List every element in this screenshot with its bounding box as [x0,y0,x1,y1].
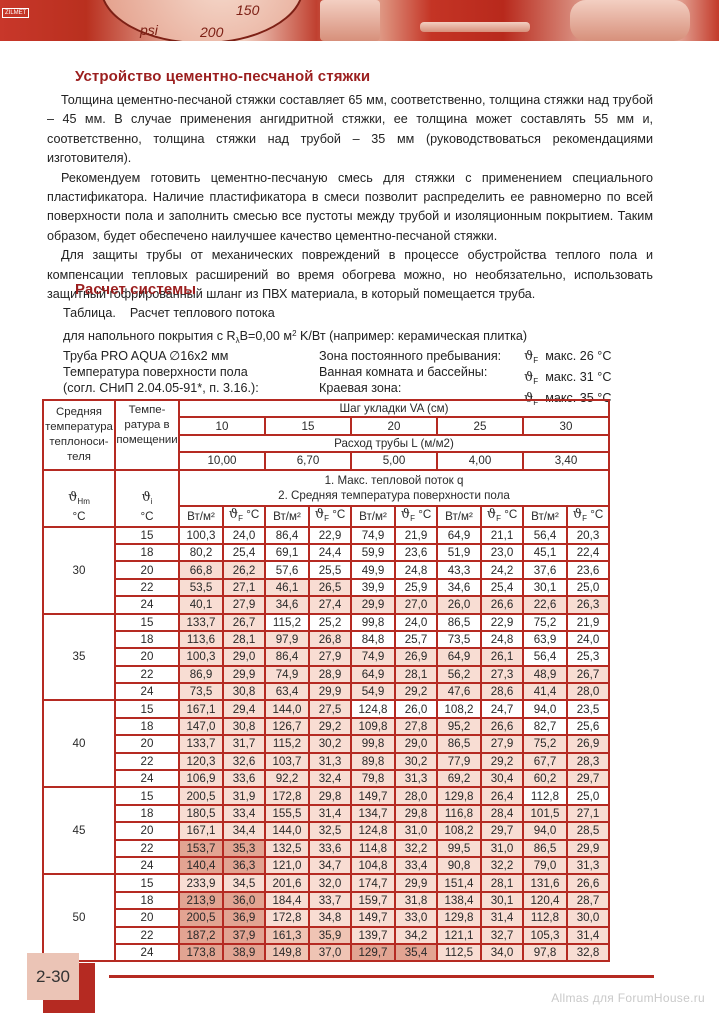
table-row: 20100,329,086,427,974,926,964,926,156,42… [43,648,609,665]
heat-flow-cell: 126,7 [265,718,309,735]
floor-temperature-cell: 25,7 [395,631,437,648]
heat-flow-cell: 159,7 [351,892,395,909]
heat-flow-cell: 115,2 [265,614,309,631]
floor-temperature-cell: 32,6 [223,753,265,770]
header-spacing-value: 20 [351,417,437,434]
pipe-info: Труба PRO AQUA ∅16x2 мм Температура пове… [63,348,259,396]
heat-flow-cell: 40,1 [179,596,223,613]
floor-temperature-cell: 26,9 [567,735,609,752]
floor-temperature-cell: 28,9 [309,666,351,683]
table-row: 4015167,129,4144,027,5124,826,0108,224,7… [43,700,609,717]
floor-temperature-cell: 32,2 [481,857,523,874]
floor-temperature-cell: 24,0 [395,614,437,631]
heat-flow-cell: 172,8 [265,787,309,804]
heat-flow-cell: 56,2 [437,666,481,683]
floor-temperature-cell: 31,4 [481,909,523,926]
heat-flow-cell: 30,1 [523,579,567,596]
table-row: 24106,933,692,232,479,831,369,230,460,22… [43,770,609,787]
heat-flow-cell: 86,5 [523,840,567,857]
heat-flow-cell: 124,8 [351,822,395,839]
heat-flow-cell: 84,8 [351,631,395,648]
heat-flow-cell: 134,7 [351,805,395,822]
heat-flow-cell: 74,9 [265,666,309,683]
room-temperature-cell: 22 [115,666,179,683]
floor-temperature-cell: 34,7 [309,857,351,874]
floor-temperature-cell: 26,7 [567,666,609,683]
heat-flow-cell: 63,4 [265,683,309,700]
heat-flow-cell: 69,1 [265,544,309,561]
table-row: 2286,929,974,928,964,928,156,227,348,926… [43,666,609,683]
heat-flow-cell: 112,8 [523,909,567,926]
heat-flow-cell: 95,2 [437,718,481,735]
zone-limit: ϑF макс. 26 °C [524,348,611,369]
heat-flow-cell: 200,5 [179,787,223,804]
floor-temperature-cell: 26,6 [567,874,609,891]
header-room-temperature: Темпе-ратура в помещении [115,400,179,470]
floor-temperature-cell: 36,3 [223,857,265,874]
floor-temperature-cell: 27,8 [395,718,437,735]
heat-flow-cell: 56,4 [523,648,567,665]
heat-flow-cell: 64,9 [437,648,481,665]
heat-flow-cell: 167,1 [179,700,223,717]
room-temperature-cell: 20 [115,909,179,926]
header-spacing-value: 10 [179,417,265,434]
heat-flow-cell: 213,9 [179,892,223,909]
heat-flow-cell: 86,4 [265,648,309,665]
header-unit-floor-temp: ϑF °C [223,506,265,527]
heat-flow-cell: 131,6 [523,874,567,891]
floor-temperature-cell: 37,9 [223,927,265,944]
floor-temperature-cell: 25,0 [567,579,609,596]
floor-temperature-cell: 33,4 [223,805,265,822]
floor-temperature-cell: 21,9 [395,527,437,544]
floor-temperature-cell: 23,0 [481,544,523,561]
header-medium-symbol: ϑHm°C [43,470,115,527]
heat-flow-cell: 124,8 [351,700,395,717]
heat-flow-cell: 155,5 [265,805,309,822]
floor-temperature-cell: 25,2 [309,614,351,631]
table-row: 18213,936,0184,433,7159,731,8138,430,112… [43,892,609,909]
floor-temperature-cell: 29,9 [395,874,437,891]
room-temperature-cell: 24 [115,857,179,874]
heat-flow-cell: 139,7 [351,927,395,944]
header-medium-temperature: Средняя температура теплоноси-теля [43,400,115,470]
heat-flow-cell: 43,3 [437,561,481,578]
heat-flow-cell: 74,9 [351,527,395,544]
table-caption: Таблица. Расчет теплового потока для нап… [63,304,527,350]
heat-flow-cell: 114,8 [351,840,395,857]
room-temperature-cell: 24 [115,596,179,613]
room-temperature-cell: 15 [115,787,179,804]
floor-temperature-cell: 38,9 [223,944,265,961]
heat-flow-cell: 92,2 [265,770,309,787]
caption-line-2: для напольного покрытия с RλB=0,00 м2 K/… [63,324,527,351]
room-temperature-cell: 18 [115,718,179,735]
floor-temperature-cell: 34,4 [223,822,265,839]
floor-temperature-cell: 28,7 [567,892,609,909]
heat-flow-cell: 39,9 [351,579,395,596]
floor-temperature-cell: 35,4 [395,944,437,961]
footer-divider [109,975,654,978]
heat-flow-cell: 73,5 [437,631,481,648]
floor-temperature-cell: 24,4 [309,544,351,561]
header-spacing-value: 25 [437,417,523,434]
floor-temperature-cell: 27,1 [567,805,609,822]
floor-temperature-cell: 23,6 [395,544,437,561]
floor-temperature-cell: 27,9 [223,596,265,613]
valve-illustration [320,0,380,41]
floor-temperature-cell: 28,0 [395,787,437,804]
heat-flow-cell: 144,0 [265,700,309,717]
floor-temperature-cell: 30,2 [395,753,437,770]
heat-flow-cell: 153,7 [179,840,223,857]
floor-temperature-cell: 27,3 [481,666,523,683]
room-temperature-cell: 22 [115,840,179,857]
heat-flow-cell: 73,5 [179,683,223,700]
medium-temperature-cell: 40 [43,700,115,787]
floor-temperature-cell: 28,6 [481,683,523,700]
floor-temperature-cell: 25,9 [395,579,437,596]
floor-temperature-cell: 28,0 [567,683,609,700]
floor-temperature-cell: 28,1 [481,874,523,891]
floor-temperature-cell: 29,9 [309,683,351,700]
header-pipe-usage-value: 3,40 [523,452,609,469]
floor-temperature-cell: 26,9 [395,648,437,665]
heat-flow-cell: 34,6 [437,579,481,596]
heat-flow-cell: 99,5 [437,840,481,857]
heat-flow-cell: 151,4 [437,874,481,891]
floor-temperature-cell: 29,2 [395,683,437,700]
floor-temperature-cell: 37,0 [309,944,351,961]
floor-temperature-cell: 22,9 [481,614,523,631]
heat-flow-cell: 63,9 [523,631,567,648]
heat-flow-cell: 75,2 [523,735,567,752]
heat-flow-cell: 69,2 [437,770,481,787]
heat-flow-cell: 94,0 [523,822,567,839]
floor-temperature-cell: 25,4 [481,579,523,596]
heat-flow-cell: 121,0 [265,857,309,874]
floor-temperature-cell: 34,0 [481,944,523,961]
floor-temperature-cell: 22,4 [567,544,609,561]
header-pipe-usage: Расход трубы L (м/м2) [179,435,609,452]
section-title-calculation: Расчет системы [75,281,196,298]
heat-flow-cell: 120,3 [179,753,223,770]
room-temperature-cell: 15 [115,874,179,891]
header-pipe-usage-value: 5,00 [351,452,437,469]
room-temperature-cell: 20 [115,561,179,578]
room-temperature-cell: 22 [115,753,179,770]
heat-flow-cell: 75,2 [523,614,567,631]
floor-temperature-cell: 21,1 [481,527,523,544]
header-spacing-value: 15 [265,417,351,434]
gauge-label: psi [140,22,158,38]
table-row: 5015233,934,5201,632,0174,729,9151,428,1… [43,874,609,891]
heat-flow-cell: 147,0 [179,718,223,735]
floor-temperature-cell: 29,4 [223,700,265,717]
heat-flow-cell: 53,5 [179,579,223,596]
table-row: 18180,533,4155,531,4134,729,8116,828,410… [43,805,609,822]
heat-flow-cell: 144,0 [265,822,309,839]
heat-flow-cell: 187,2 [179,927,223,944]
heat-flow-cell: 100,3 [179,648,223,665]
floor-temperature-cell: 27,5 [309,700,351,717]
floor-temperature-cell: 21,9 [567,614,609,631]
heat-flow-cell: 149,7 [351,909,395,926]
floor-temperature-cell: 20,3 [567,527,609,544]
floor-temperature-cell: 25,4 [223,544,265,561]
floor-temperature-cell: 29,7 [481,822,523,839]
room-temperature-cell: 18 [115,892,179,909]
medium-temperature-cell: 35 [43,614,115,701]
floor-temperature-cell: 31,3 [567,857,609,874]
table-row: 20167,134,4144,032,5124,831,0108,229,794… [43,822,609,839]
paragraph: Рекомендуем готовить цементно-песчаную с… [47,169,653,247]
floor-temperature-cell: 32,8 [567,944,609,961]
medium-temperature-cell: 50 [43,874,115,961]
header-legend: 1. Макс. тепловой поток q 2. Средняя тем… [179,470,609,506]
table-row: 18147,030,8126,729,2109,827,895,226,682,… [43,718,609,735]
floor-temperature-cell: 31,8 [395,892,437,909]
heat-flow-cell: 54,9 [351,683,395,700]
heat-flow-cell: 22,6 [523,596,567,613]
heat-flow-cell: 105,3 [523,927,567,944]
heat-flow-cell: 173,8 [179,944,223,961]
floor-temperature-cell: 26,1 [481,648,523,665]
floor-temperature-cell: 32,5 [309,822,351,839]
medium-temperature-cell: 30 [43,527,115,614]
heat-flow-cell: 49,9 [351,561,395,578]
page-number: 2-30 [27,953,79,1000]
floor-temperature-cell: 29,9 [223,666,265,683]
floor-temperature-cell: 29,8 [309,787,351,804]
floor-temperature-cell: 29,7 [567,770,609,787]
heat-flow-cell: 133,7 [179,735,223,752]
heat-flow-cell: 180,5 [179,805,223,822]
floor-temperature-cell: 31,7 [223,735,265,752]
heat-flow-cell: 79,0 [523,857,567,874]
floor-temperature-cell: 34,2 [395,927,437,944]
screed-text: Толщина цементно-песчаной стяжки составл… [47,91,653,304]
table-row: 3015100,324,086,422,974,921,964,921,156,… [43,527,609,544]
heat-flow-cell: 67,7 [523,753,567,770]
heat-flow-cell: 47,6 [437,683,481,700]
heat-flow-cell: 86,5 [437,614,481,631]
room-temperature-cell: 24 [115,770,179,787]
heat-flow-cell: 174,7 [351,874,395,891]
heat-flow-cell: 97,9 [265,631,309,648]
heat-flow-cell: 101,5 [523,805,567,822]
floor-temperature-cell: 25,5 [309,561,351,578]
gauge-label: 150 [236,2,259,18]
heat-flow-cell: 172,8 [265,909,309,926]
heat-flow-cell: 138,4 [437,892,481,909]
heat-flow-cell: 26,0 [437,596,481,613]
room-temperature-cell: 20 [115,735,179,752]
table-row: 24173,838,9149,837,0129,735,4112,534,097… [43,944,609,961]
heat-flow-cell: 129,8 [437,787,481,804]
table-row: 22153,735,3132,533,6114,832,299,531,086,… [43,840,609,857]
floor-temperature-cell: 32,0 [309,874,351,891]
floor-temperature-cell: 24,0 [567,631,609,648]
heat-flow-cell: 89,8 [351,753,395,770]
heat-flow-cell: 51,9 [437,544,481,561]
floor-temperature-cell: 27,9 [309,648,351,665]
heat-flow-cell: 57,6 [265,561,309,578]
zone-labels: Зона постоянного пребывания: Ванная комн… [319,348,501,396]
floor-temperature-cell: 26,5 [309,579,351,596]
table-row: 24140,436,3121,034,7104,833,490,832,279,… [43,857,609,874]
heat-flow-cell: 90,8 [437,857,481,874]
table-row: 1880,225,469,124,459,923,651,923,045,122… [43,544,609,561]
floor-temperature-cell: 28,5 [567,822,609,839]
floor-temperature-cell: 35,3 [223,840,265,857]
floor-temperature-cell: 36,0 [223,892,265,909]
zone-limit: ϑF макс. 31 °C [524,369,611,390]
floor-temperature-cell: 29,0 [395,735,437,752]
floor-temperature-cell: 27,4 [309,596,351,613]
floor-temperature-cell: 33,7 [309,892,351,909]
caption-line-1: Таблица. Расчет теплового потока [63,304,527,324]
section-title-screed: Устройство цементно-песчаной стяжки [75,68,370,85]
heat-flow-cell: 86,4 [265,527,309,544]
table-row: 2066,826,257,625,549,924,843,324,237,623… [43,561,609,578]
heat-flow-cell: 37,6 [523,561,567,578]
table-row: 4515200,531,9172,829,8149,728,0129,826,4… [43,787,609,804]
floor-temperature-cell: 31,3 [309,753,351,770]
floor-temperature-cell: 26,6 [481,718,523,735]
heat-flow-cell: 112,8 [523,787,567,804]
header-pipe-usage-value: 6,70 [265,452,351,469]
heat-flow-cell: 80,2 [179,544,223,561]
room-temperature-cell: 24 [115,944,179,961]
heat-flow-cell: 74,9 [351,648,395,665]
floor-temperature-cell: 36,9 [223,909,265,926]
heat-flow-cell: 116,8 [437,805,481,822]
floor-temperature-cell: 30,2 [309,735,351,752]
room-temperature-cell: 18 [115,544,179,561]
floor-temperature-cell: 28,3 [567,753,609,770]
pipe-fitting-illustration [420,22,530,32]
header-laying-step: Шаг укладки VA (см) [179,400,609,417]
heat-flow-cell: 149,7 [351,787,395,804]
floor-temperature-cell: 24,2 [481,561,523,578]
table-row: 22187,237,9161,335,9139,734,2121,132,710… [43,927,609,944]
heat-flow-cell: 64,9 [351,666,395,683]
floor-temperature-cell: 23,5 [567,700,609,717]
floor-temperature-cell: 35,9 [309,927,351,944]
floor-temperature-cell: 33,4 [395,857,437,874]
heat-flow-cell: 79,8 [351,770,395,787]
heat-flow-cell: 112,5 [437,944,481,961]
floor-temperature-cell: 31,4 [567,927,609,944]
floor-temperature-cell: 31,4 [309,805,351,822]
heat-flow-cell: 106,9 [179,770,223,787]
paragraph: Толщина цементно-песчаной стяжки составл… [47,91,653,169]
floor-temperature-cell: 32,7 [481,927,523,944]
floor-temperature-cell: 29,2 [481,753,523,770]
table-row: 22120,332,6103,731,389,830,277,929,267,7… [43,753,609,770]
floor-temperature-cell: 28,1 [223,631,265,648]
heat-flow-cell: 94,0 [523,700,567,717]
floor-temperature-cell: 26,0 [395,700,437,717]
heat-flow-cell: 140,4 [179,857,223,874]
heat-flow-cell: 82,7 [523,718,567,735]
floor-temperature-cell: 30,4 [481,770,523,787]
floor-temperature-cell: 23,6 [567,561,609,578]
medium-temperature-cell: 45 [43,787,115,874]
floor-temperature-cell: 26,7 [223,614,265,631]
heat-flow-cell: 103,7 [265,753,309,770]
floor-temperature-cell: 33,6 [223,770,265,787]
room-temperature-cell: 24 [115,683,179,700]
floor-temperature-cell: 26,8 [309,631,351,648]
table-row: 18113,628,197,926,884,825,773,524,863,92… [43,631,609,648]
room-temperature-cell: 20 [115,648,179,665]
room-temperature-cell: 15 [115,527,179,544]
heat-flow-cell: 56,4 [523,527,567,544]
room-temperature-cell: 20 [115,822,179,839]
table-row: 3515133,726,7115,225,299,824,086,522,975… [43,614,609,631]
heat-flow-cell: 41,4 [523,683,567,700]
floor-temperature-cell: 31,3 [395,770,437,787]
floor-temperature-cell: 26,6 [481,596,523,613]
floor-temperature-cell: 26,3 [567,596,609,613]
floor-temperature-cell: 32,2 [395,840,437,857]
floor-temperature-cell: 31,0 [481,840,523,857]
floor-temperature-cell: 27,9 [481,735,523,752]
heat-flow-cell: 129,8 [437,909,481,926]
heat-flow-cell: 132,5 [265,840,309,857]
heat-flow-cell: 45,1 [523,544,567,561]
floor-temperature-cell: 25,0 [567,787,609,804]
floor-temperature-cell: 25,6 [567,718,609,735]
header-unit-floor-temp: ϑF °C [395,506,437,527]
heat-flow-cell: 149,8 [265,944,309,961]
header-unit-floor-temp: ϑF °C [309,506,351,527]
header-unit-heat-flow: Вт/м² [351,506,395,527]
heat-flow-cell: 113,6 [179,631,223,648]
heat-flow-cell: 77,9 [437,753,481,770]
floor-temperature-cell: 32,4 [309,770,351,787]
floor-temperature-cell: 33,6 [309,840,351,857]
header-unit-floor-temp: ϑF °C [567,506,609,527]
heat-flow-cell: 200,5 [179,909,223,926]
brand-logo: ZILMET [2,8,29,18]
floor-temperature-cell: 30,0 [567,909,609,926]
floor-temperature-cell: 30,8 [223,683,265,700]
heat-flow-cell: 59,9 [351,544,395,561]
floor-temperature-cell: 31,0 [395,822,437,839]
floor-temperature-cell: 22,9 [309,527,351,544]
header-spacing-value: 30 [523,417,609,434]
table-row: 2440,127,934,627,429,927,026,026,622,626… [43,596,609,613]
floor-temperature-cell: 34,5 [223,874,265,891]
room-temperature-cell: 15 [115,614,179,631]
room-temperature-cell: 22 [115,927,179,944]
table-row: 20133,731,7115,230,299,829,086,527,975,2… [43,735,609,752]
heat-flow-cell: 108,2 [437,700,481,717]
floor-temperature-cell: 29,8 [395,805,437,822]
floor-temperature-cell: 27,1 [223,579,265,596]
table-row: 2473,530,863,429,954,929,247,628,641,428… [43,683,609,700]
heat-flow-cell: 86,5 [437,735,481,752]
heat-flow-cell: 29,9 [351,596,395,613]
heat-flow-cell: 48,9 [523,666,567,683]
heat-flow-cell: 100,3 [179,527,223,544]
header-unit-heat-flow: Вт/м² [179,506,223,527]
heat-flow-cell: 120,4 [523,892,567,909]
heat-flow-cell: 97,8 [523,944,567,961]
